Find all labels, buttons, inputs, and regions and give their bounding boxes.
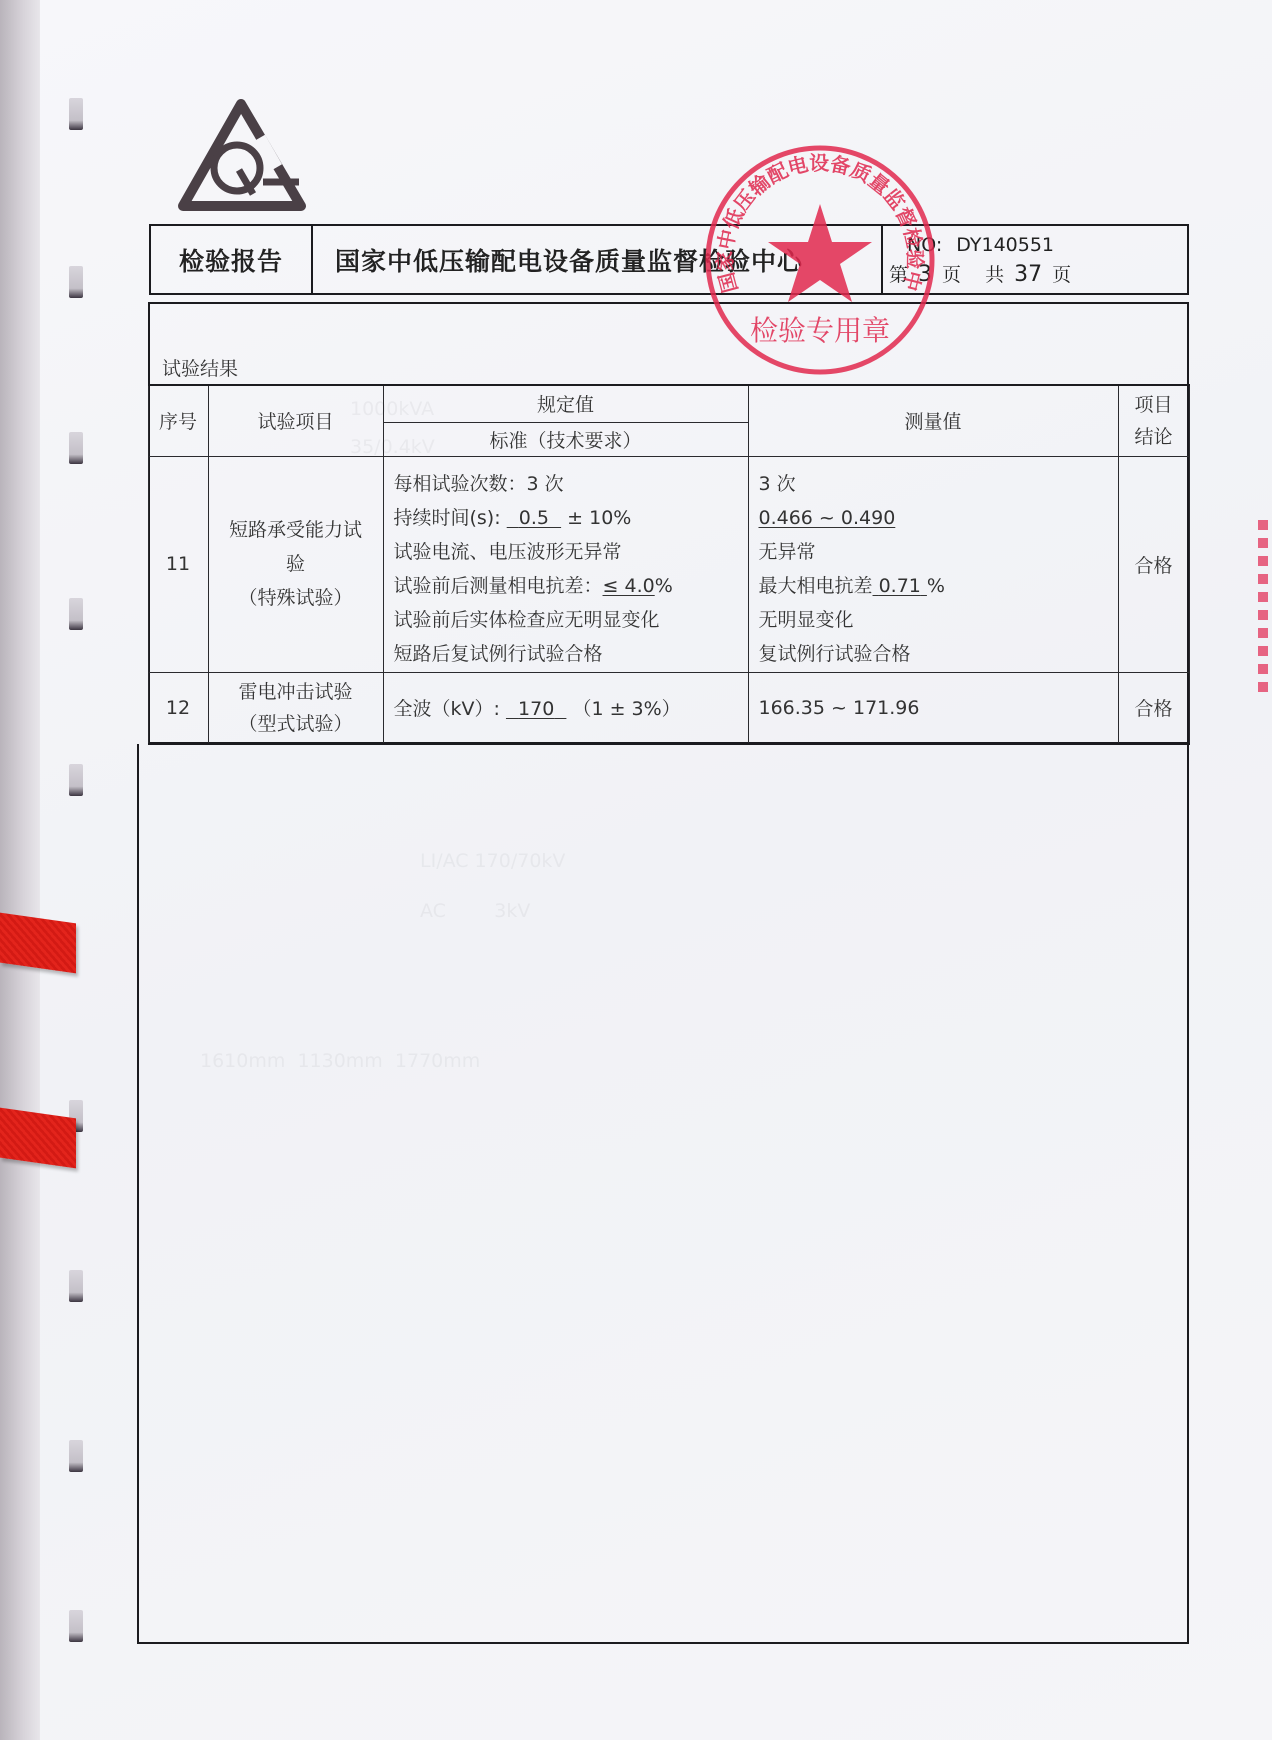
cq-logo-icon xyxy=(175,98,307,214)
row-item: 短路承受能力试 验 （特殊试验） xyxy=(208,456,383,672)
section-label: 试验结果 xyxy=(162,354,238,381)
header-conclusion: 项目 结论 xyxy=(1118,385,1189,456)
binder-edge xyxy=(0,0,40,1740)
report-meta: NO: DY140551 第3页 共37页 xyxy=(883,226,1187,293)
header-spec-sub: 标准（技术要求） xyxy=(383,422,748,456)
row-conclusion: 合格 xyxy=(1118,672,1189,744)
page-indicator: 第3页 共37页 xyxy=(889,260,1071,290)
results-table: 序号 试验项目 规定值 测量值 项目 结论 标准（技术要求） 11 短路承受能力… xyxy=(148,384,1190,745)
row-seq: 12 xyxy=(148,672,208,744)
row-conclusion: 合格 xyxy=(1118,456,1189,672)
punch-hole xyxy=(69,1270,83,1302)
punch-hole xyxy=(69,432,83,464)
page-current: 3 xyxy=(918,262,932,287)
report-header: 检验报告 国家中低压输配电设备质量监督检验中心 NO: DY140551 第3页… xyxy=(149,224,1189,295)
page-total: 37 xyxy=(1014,262,1042,287)
blank-continuation-area xyxy=(137,744,1189,1644)
header-measured: 测量值 xyxy=(748,385,1118,456)
punch-hole xyxy=(69,98,83,130)
table-row: 12 雷电冲击试验 （型式试验） 全波（kV）: 170 （1 ± 3%） 16… xyxy=(148,672,1189,744)
organization-name: 国家中低压输配电设备质量监督检验中心 xyxy=(313,226,883,293)
table-row: 11 短路承受能力试 验 （特殊试验） 每相试验次数：3 次 持续时间(s): … xyxy=(148,456,1189,672)
punch-hole xyxy=(69,1610,83,1642)
header-item: 试验项目 xyxy=(208,385,383,456)
report-number: NO: DY140551 xyxy=(889,230,1054,260)
row-requirements: 每相试验次数：3 次 持续时间(s): 0.5 ± 10% 试验电流、电压波形无… xyxy=(383,456,748,672)
punch-hole xyxy=(69,266,83,298)
binding-ribbon xyxy=(0,913,76,974)
row-measured: 3 次 0.466 ~ 0.490 无异常 最大相电抗差 0.71 % 无明显变… xyxy=(748,456,1118,672)
row-requirements: 全波（kV）: 170 （1 ± 3%） xyxy=(383,672,748,744)
results-section: 试验结果 序号 试验项目 规定值 测量值 项目 结论 标准（技术要求） 11 短… xyxy=(148,302,1189,744)
row-seq: 11 xyxy=(148,456,208,672)
row-item: 雷电冲击试验 （型式试验） xyxy=(208,672,383,744)
binding-ribbon xyxy=(0,1108,76,1169)
header-spec-group: 规定值 xyxy=(383,385,748,422)
punch-hole xyxy=(69,598,83,630)
punch-hole xyxy=(69,1440,83,1472)
report-title: 检验报告 xyxy=(151,226,313,293)
row-measured: 166.35 ~ 171.96 xyxy=(748,672,1118,744)
edge-seal-mark xyxy=(1258,520,1268,700)
punch-hole xyxy=(69,764,83,796)
header-seq: 序号 xyxy=(148,385,208,456)
